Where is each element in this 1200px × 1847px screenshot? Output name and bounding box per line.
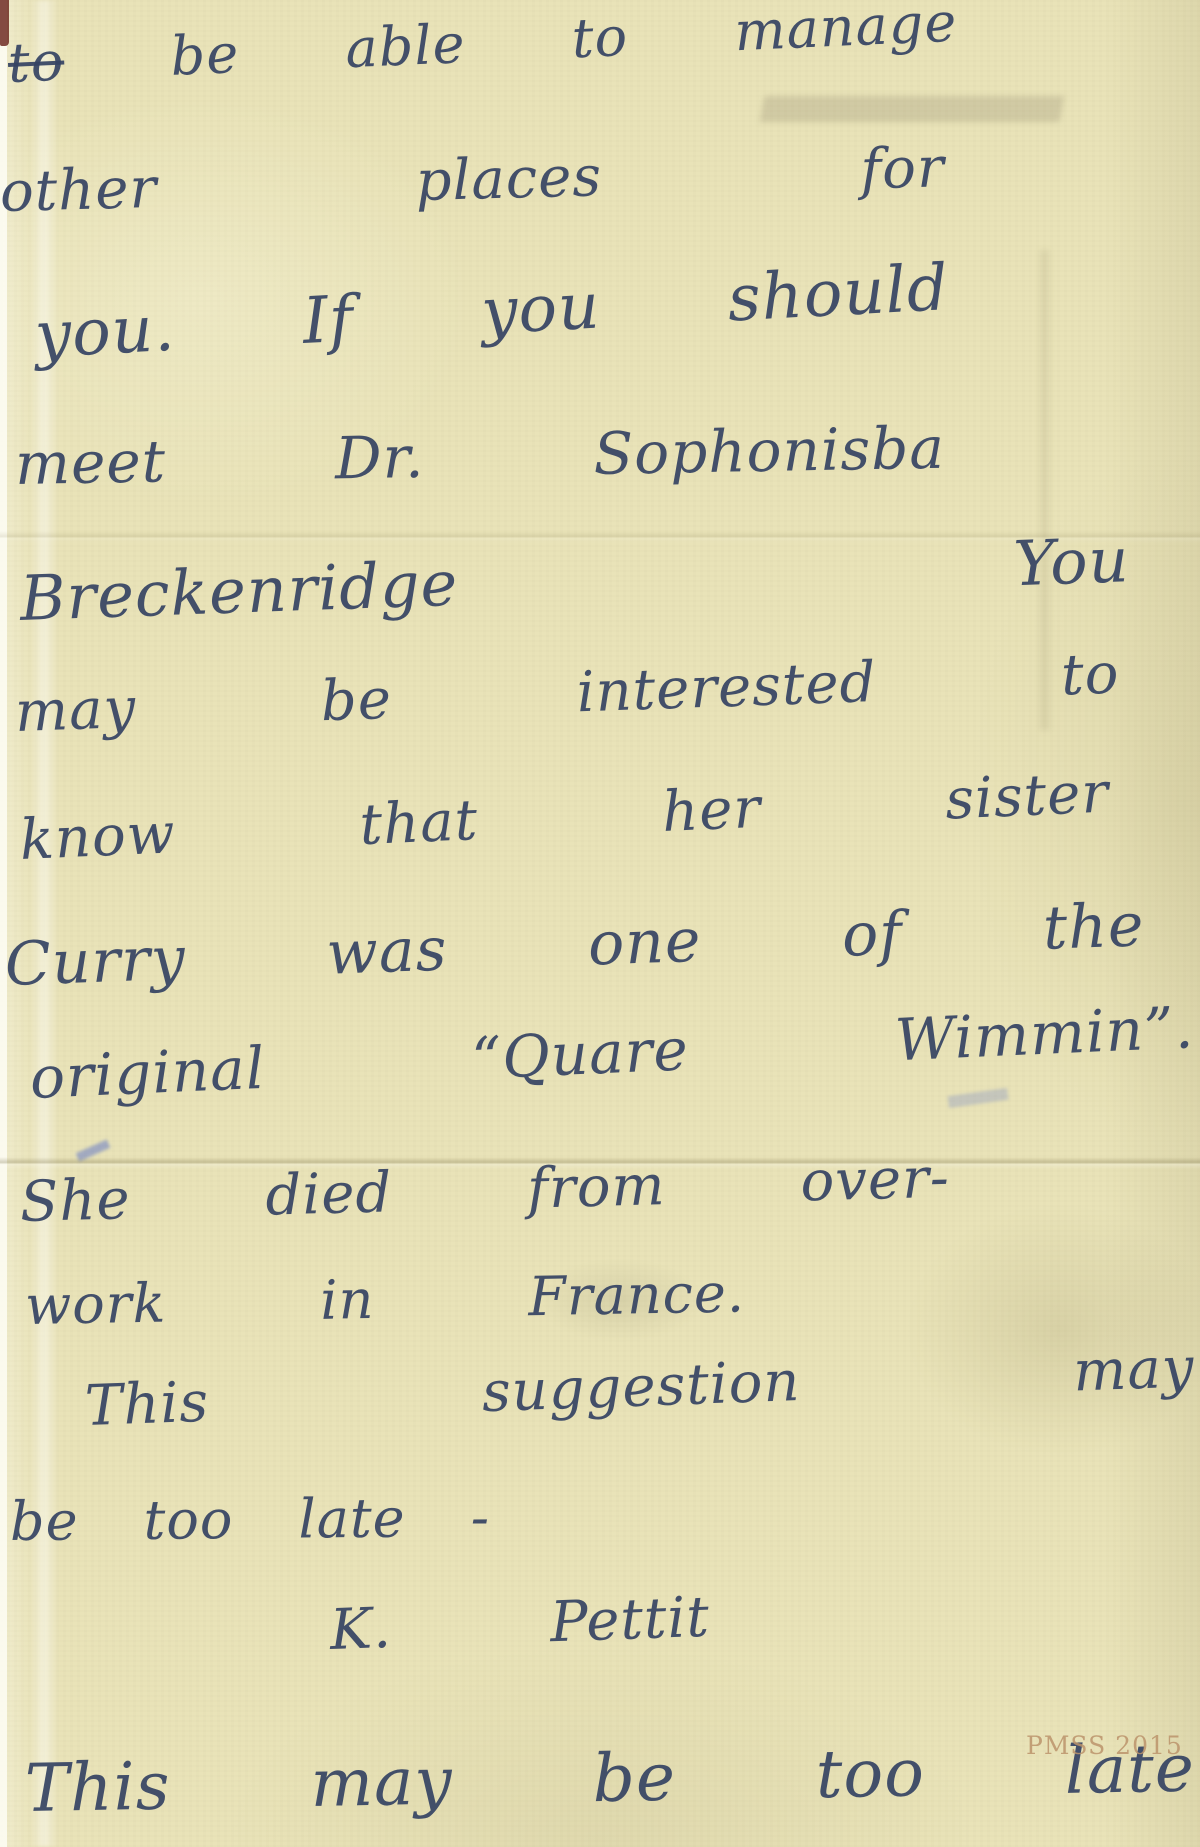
letter-line-7: know that her sister bbox=[18, 758, 1110, 875]
letter-line-8: Curry was one of the bbox=[4, 888, 1146, 1003]
bleed-through-smudge bbox=[760, 96, 1065, 122]
letter-line-9: original “Quare Wimmin”. bbox=[28, 991, 1195, 1114]
paper-light-streak bbox=[30, 0, 58, 1847]
letter-page: to be able to manage other places for yo… bbox=[0, 0, 1200, 1847]
letter-line-2: other places for bbox=[0, 133, 946, 228]
letter-line-1-text: be able to manage bbox=[169, 0, 958, 88]
letter-line-13: be too late - bbox=[10, 1484, 491, 1556]
signature-line: K. Pettit bbox=[329, 1583, 711, 1666]
letter-line-1: to be able to manage bbox=[7, 0, 959, 97]
letter-line-4: meet Dr. Sophonisba bbox=[14, 412, 945, 501]
letter-line-11: work in France. bbox=[24, 1259, 745, 1339]
letter-line-6: may be interested to bbox=[14, 639, 1121, 748]
postscript-line: This may be too late bbox=[24, 1728, 1195, 1831]
letter-line-3: you. If you should bbox=[33, 248, 951, 376]
blue-ink-smudge bbox=[947, 1088, 1008, 1108]
letter-line-12: This suggestion may bbox=[84, 1333, 1196, 1442]
pmss-watermark: PMSS 2015 bbox=[1026, 1731, 1183, 1760]
scan-edge-strip bbox=[0, 0, 7, 1847]
struck-word: to bbox=[7, 30, 66, 95]
